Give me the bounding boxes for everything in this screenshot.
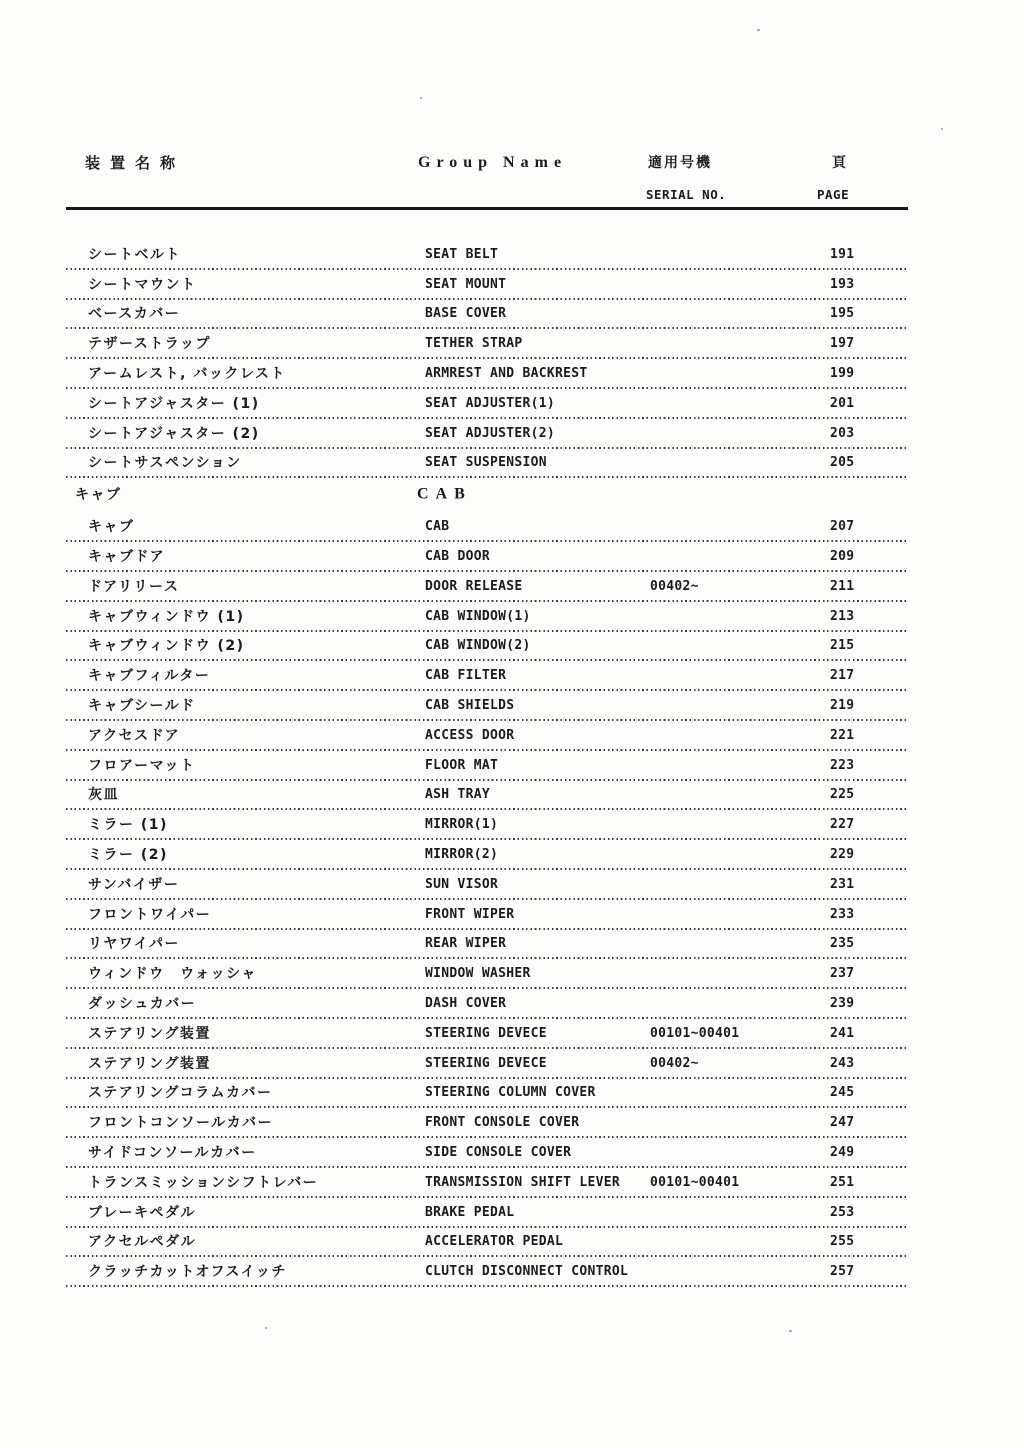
group-name: CAB (425, 519, 449, 534)
page-number: 239 (830, 996, 854, 1011)
page-number: 223 (830, 758, 854, 773)
group-name: CAB DOOR (425, 549, 490, 564)
page-number: 253 (830, 1204, 854, 1219)
group-name: ASH TRAY (425, 787, 490, 802)
table-row: キャブフィルター CAB FILTER 217 (66, 661, 908, 691)
table-row: アームレスト, バックレスト ARMREST AND BACKREST 199 (66, 359, 908, 389)
group-name: CAB SHIELDS (425, 698, 514, 713)
page-number: 233 (830, 907, 854, 922)
device-name-jp: キャブドア (88, 546, 165, 566)
scan-speck (789, 1330, 792, 1332)
group-name: STEERING DEVECE (425, 1026, 547, 1041)
page-number: 191 (830, 247, 854, 262)
serial-no: 00101~00401 (650, 1175, 739, 1190)
group-name: FRONT CONSOLE COVER (425, 1115, 579, 1130)
serial-no: 00402~ (650, 1056, 699, 1071)
column-header-group-name: Group Name (418, 154, 567, 172)
page-number: 215 (830, 638, 854, 653)
page-number: 245 (830, 1085, 854, 1100)
group-name: BASE COVER (425, 306, 506, 321)
table-row: アクセルペダル ACCELERATOR PEDAL 255 (66, 1228, 908, 1258)
table-row: ステアリング装置 STEERING DEVECE 00402~ 243 (66, 1049, 908, 1079)
table-row: トランスミッションシフトレバー TRANSMISSION SHIFT LEVER… (66, 1168, 908, 1198)
device-name-jp: フロアーマット (88, 755, 196, 775)
device-name-jp: シートアジャスター (2) (88, 423, 260, 443)
device-name-jp: シートアジャスター (1) (88, 393, 260, 413)
page-number: 213 (830, 609, 854, 624)
serial-no: 00402~ (650, 579, 699, 594)
group-name: FLOOR MAT (425, 758, 498, 773)
table-row: ウィンドウ ウォッシャ WINDOW WASHER 237 (66, 959, 908, 989)
group-name: TETHER STRAP (425, 336, 523, 351)
device-name-jp: ベースカバー (88, 304, 180, 324)
table-row: シートマウント SEAT MOUNT 193 (66, 270, 908, 300)
group-name: MIRROR(2) (425, 847, 498, 862)
table-row: フロントワイパー FRONT WIPER 233 (66, 900, 908, 930)
group-name: MIRROR(1) (425, 817, 498, 832)
scan-speck (265, 1327, 267, 1329)
device-name-jp: シートマウント (88, 274, 197, 294)
device-name-jp: アクセスドア (88, 725, 180, 745)
page-number: 217 (830, 668, 854, 683)
group-name: DASH COVER (425, 996, 506, 1011)
table-row: ミラー (2) MIRROR(2) 229 (66, 840, 908, 870)
device-name-jp: ミラー (2) (88, 844, 168, 864)
group-name: CAB FILTER (425, 668, 506, 683)
group-name: SEAT BELT (425, 247, 498, 262)
page-number: 247 (830, 1115, 854, 1130)
table-row: シートアジャスター (1) SEAT ADJUSTER(1) 201 (66, 389, 908, 419)
page-number: 221 (830, 728, 854, 743)
device-name-jp: キャブ (88, 516, 135, 536)
table-row: サンバイザー SUN VISOR 231 (66, 870, 908, 900)
table-row: ミラー (1) MIRROR(1) 227 (66, 810, 908, 840)
section-header-row: キャブ CAB (66, 478, 908, 512)
group-name: SUN VISOR (425, 877, 498, 892)
page-number: 211 (830, 579, 854, 594)
group-name: REAR WIPER (425, 936, 506, 951)
page-number: 197 (830, 336, 854, 351)
group-name: SIDE CONSOLE COVER (425, 1145, 571, 1160)
page-number: 205 (830, 455, 854, 470)
section-title-jp: キャブ (75, 485, 122, 505)
group-name: ARMREST AND BACKREST (425, 366, 588, 381)
group-name: STEERING DEVECE (425, 1056, 547, 1071)
page-number: 219 (830, 698, 854, 713)
device-name-jp: クラッチカットオフスイッチ (88, 1261, 287, 1281)
table-row: シートサスペンション SEAT SUSPENSION 205 (66, 449, 908, 479)
page-number: 257 (830, 1264, 854, 1279)
device-name-jp: シートベルト (88, 244, 181, 264)
page-number: 237 (830, 966, 854, 981)
group-name: SEAT SUSPENSION (425, 455, 547, 470)
table-row: シートベルト SEAT BELT 191 (66, 240, 908, 270)
table-row: テザーストラップ TETHER STRAP 197 (66, 329, 908, 359)
device-name-jp: ステアリング装置 (88, 1023, 211, 1043)
table-row: アクセスドア ACCESS DOOR 221 (66, 721, 908, 751)
group-name: ACCESS DOOR (425, 728, 514, 743)
scan-speck (420, 97, 422, 99)
table-row: フロントコンソールカバー FRONT CONSOLE COVER 247 (66, 1108, 908, 1138)
page-number: 227 (830, 817, 854, 832)
page-number: 231 (830, 877, 854, 892)
device-name-jp: キャブフィルター (88, 665, 210, 685)
device-name-jp: トランスミッションシフトレバー (88, 1172, 318, 1192)
group-name: ACCELERATOR PEDAL (425, 1234, 563, 1249)
page-number: 203 (830, 426, 854, 441)
scanned-toc-page: 装置名称 Group Name 適用号機 頁 SERIAL NO. PAGE シ… (0, 0, 1024, 1448)
page-number: 225 (830, 787, 854, 802)
group-name: WINDOW WASHER (425, 966, 531, 981)
table-row: ステアリング装置 STEERING DEVECE 00101~00401 241 (66, 1019, 908, 1049)
device-name-jp: ダッシュカバー (88, 993, 196, 1013)
toc-table: シートベルト SEAT BELT 191 シートマウント SEAT MOUNT … (66, 240, 908, 1287)
page-number: 235 (830, 936, 854, 951)
group-name: SEAT ADJUSTER(1) (425, 396, 555, 411)
table-row: リヤワイパー REAR WIPER 235 (66, 930, 908, 960)
page-number: 193 (830, 277, 854, 292)
serial-no: 00101~00401 (650, 1026, 739, 1041)
page-number: 243 (830, 1056, 854, 1071)
page-number: 241 (830, 1026, 854, 1041)
group-name: BRAKE PEDAL (425, 1204, 514, 1219)
page-number: 209 (830, 549, 854, 564)
page-number: 195 (830, 306, 854, 321)
group-name: DOOR RELEASE (425, 579, 523, 594)
device-name-jp: フロントコンソールカバー (88, 1112, 273, 1132)
group-name: STEERING COLUMN COVER (425, 1085, 596, 1100)
device-name-jp: フロントワイパー (88, 904, 211, 924)
table-row: フロアーマット FLOOR MAT 223 (66, 751, 908, 781)
page-number: 207 (830, 519, 854, 534)
device-name-jp: ステアリングコラムカバー (88, 1083, 272, 1103)
device-name-jp: キャブウィンドウ (2) (88, 636, 245, 656)
device-name-jp: アームレスト, バックレスト (88, 363, 286, 383)
page-number: 199 (830, 366, 854, 381)
table-row: ステアリングコラムカバー STEERING COLUMN COVER 245 (66, 1079, 908, 1109)
group-name: CAB WINDOW(2) (425, 638, 531, 653)
group-name: CLUTCH DISCONNECT CONTROL (425, 1264, 628, 1279)
group-name: SEAT MOUNT (425, 277, 506, 292)
device-name-jp: サイドコンソールカバー (88, 1142, 257, 1162)
table-row: ダッシュカバー DASH COVER 239 (66, 989, 908, 1019)
page-number: 201 (830, 396, 854, 411)
table-row: キャブシールド CAB SHIELDS 219 (66, 691, 908, 721)
table-row: ベースカバー BASE COVER 195 (66, 300, 908, 330)
page-number: 255 (830, 1234, 854, 1249)
group-name: CAB WINDOW(1) (425, 609, 531, 624)
device-name-jp: ドアリリース (88, 576, 179, 596)
column-header-page-jp: 頁 (832, 152, 846, 172)
table-row: ブレーキペダル BRAKE PEDAL 253 (66, 1198, 908, 1228)
table-row: ドアリリース DOOR RELEASE 00402~ 211 (66, 572, 908, 602)
page-number: 229 (830, 847, 854, 862)
table-row: シートアジャスター (2) SEAT ADJUSTER(2) 203 (66, 419, 908, 449)
page-number: 249 (830, 1145, 854, 1160)
scan-speck (941, 128, 943, 130)
group-name: SEAT ADJUSTER(2) (425, 426, 555, 441)
device-name-jp: サンバイザー (88, 874, 179, 894)
table-row: クラッチカットオフスイッチ CLUTCH DISCONNECT CONTROL … (66, 1257, 908, 1287)
column-header-device-name-jp: 装置名称 (85, 152, 185, 173)
table-row: キャブウィンドウ (2) CAB WINDOW(2) 215 (66, 632, 908, 662)
device-name-jp: キャブシールド (88, 695, 196, 715)
device-name-jp: アクセルペダル (88, 1232, 196, 1252)
table-row: キャブ CAB 207 (66, 512, 908, 542)
device-name-jp: 灰皿 (88, 785, 119, 805)
table-row: サイドコンソールカバー SIDE CONSOLE COVER 249 (66, 1138, 908, 1168)
column-header-page-en: PAGE (817, 187, 849, 202)
device-name-jp: ウィンドウ ウォッシャ (88, 963, 257, 983)
column-header-serial-jp: 適用号機 (648, 152, 712, 172)
column-header-serial-en: SERIAL NO. (646, 187, 726, 202)
device-name-jp: テザーストラップ (88, 333, 211, 353)
device-name-jp: キャブウィンドウ (1) (88, 606, 245, 626)
section-title-en: CAB (417, 486, 472, 504)
header-rule-line (66, 207, 908, 210)
device-name-jp: シートサスペンション (88, 453, 242, 473)
page-number: 251 (830, 1175, 854, 1190)
device-name-jp: ブレーキペダル (88, 1202, 196, 1222)
table-row: 灰皿 ASH TRAY 225 (66, 781, 908, 811)
group-name: FRONT WIPER (425, 907, 514, 922)
device-name-jp: リヤワイパー (88, 934, 180, 954)
table-row: キャブウィンドウ (1) CAB WINDOW(1) 213 (66, 602, 908, 632)
group-name: TRANSMISSION SHIFT LEVER (425, 1175, 620, 1190)
table-row: キャブドア CAB DOOR 209 (66, 542, 908, 572)
device-name-jp: ミラー (1) (88, 814, 168, 834)
scan-speck (757, 29, 760, 31)
device-name-jp: ステアリング装置 (88, 1053, 211, 1073)
